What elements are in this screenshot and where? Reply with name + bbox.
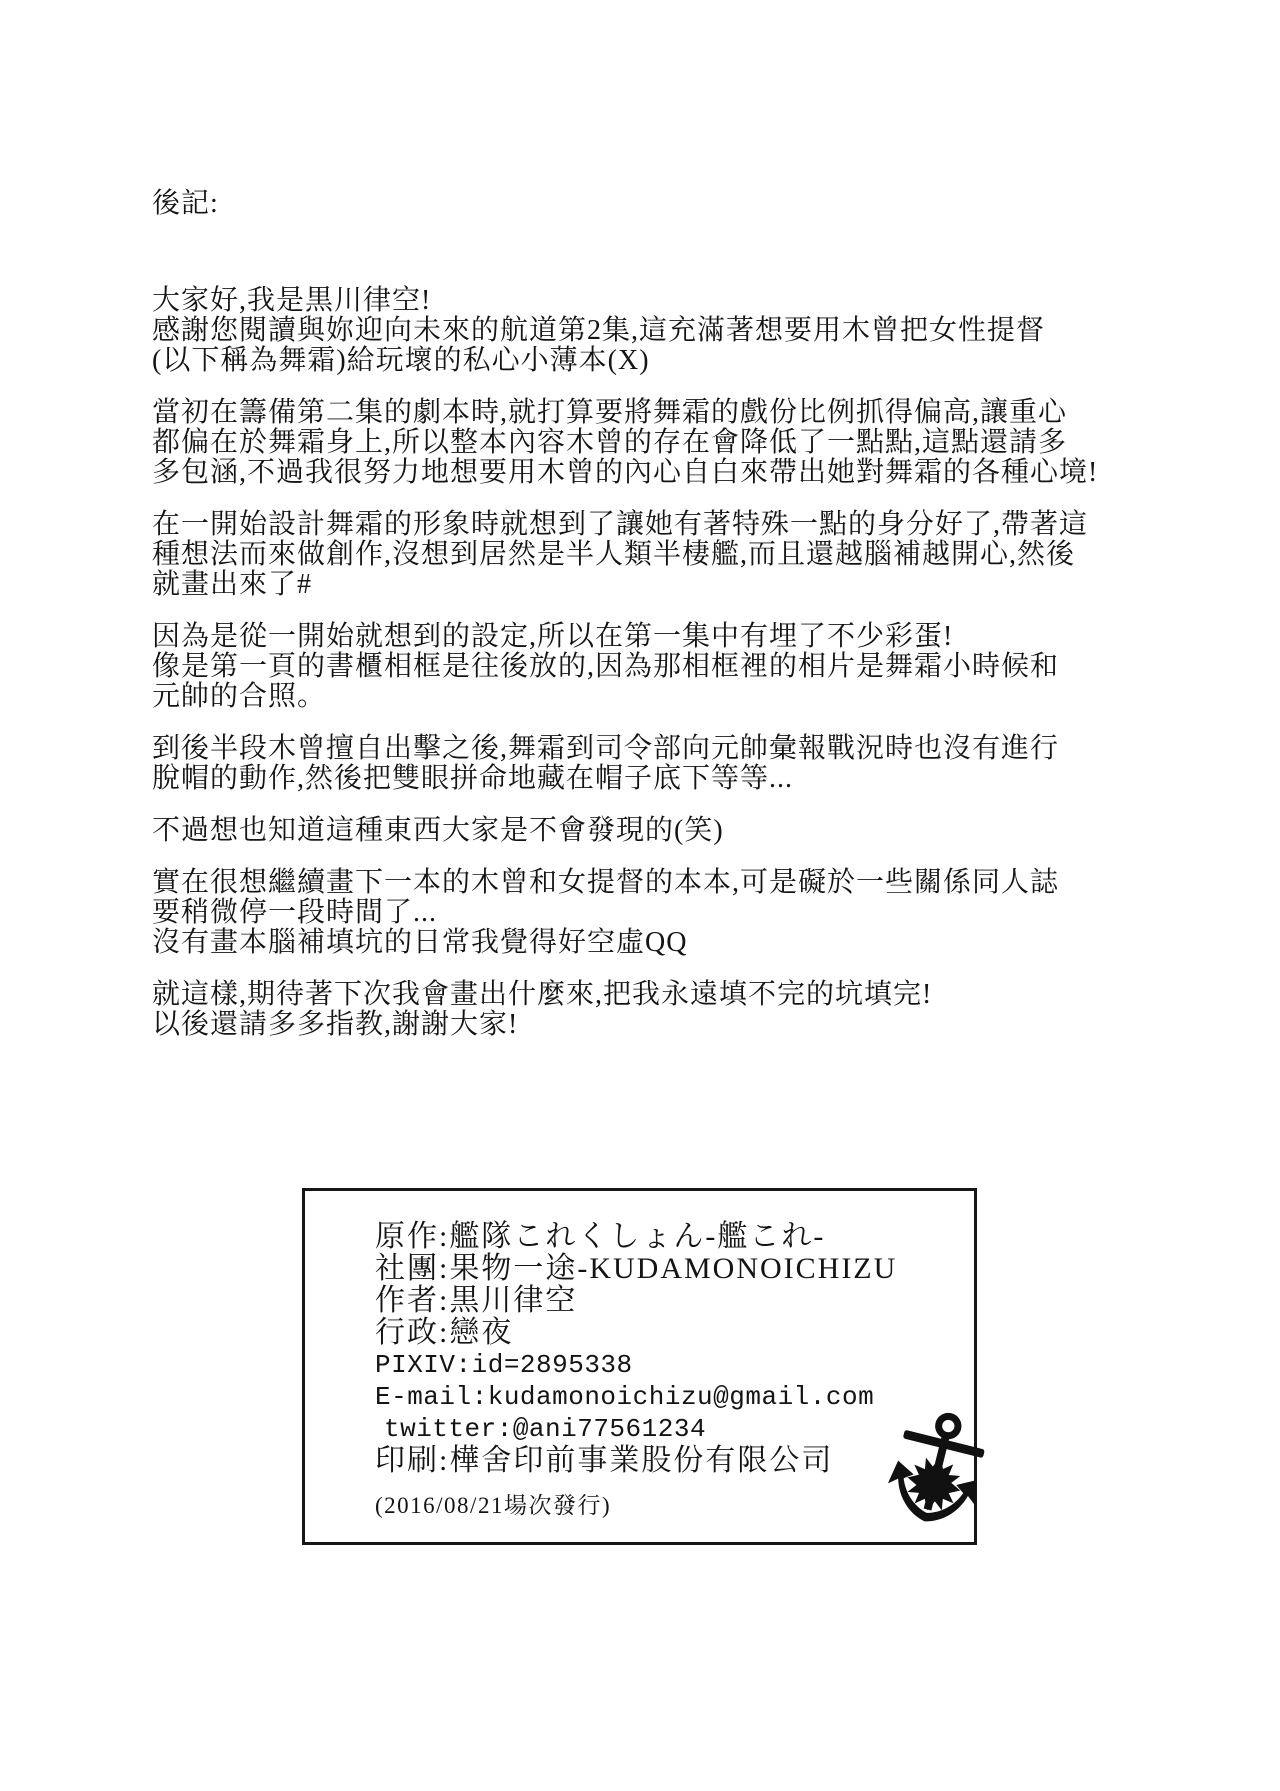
- afterword-line: 脫帽的動作,然後把雙眼拼命地藏在帽子底下等等...: [152, 764, 1052, 794]
- afterword-line: 就這樣,期待著下次我會畫出什麼來,把我永遠填不完的坑填完!: [152, 980, 1052, 1010]
- colophon-author: 作者:黒川律空: [375, 1285, 974, 1317]
- colophon-box: 原作:艦隊これくしょん-艦これ- 社團:果物一途-KUDAMONOICHIZU …: [302, 1188, 977, 1545]
- afterword-paragraph-4: 因為是從一開始就想到的設定,所以在第一集中有埋了不少彩蛋! 像是第一頁的書櫃相框…: [152, 622, 1052, 712]
- afterword-paragraph-6: 不過想也知道這種東西大家是不會發現的(笑): [152, 816, 1052, 846]
- colophon-circle: 社團:果物一途-KUDAMONOICHIZU: [375, 1253, 974, 1285]
- afterword-line: 元帥的合照。: [152, 682, 1052, 712]
- afterword-line: 當初在籌備第二集的劇本時,就打算要將舞霜的戲份比例抓得偏高,讓重心: [152, 398, 1052, 428]
- afterword-line: 不過想也知道這種東西大家是不會發現的(笑): [152, 816, 1052, 846]
- afterword-line: 實在很想繼續畫下一本的木曾和女提督的本本,可是礙於一些關係同人誌: [152, 868, 1052, 898]
- afterword-line: 像是第一頁的書櫃相框是往後放的,因為那相框裡的相片是舞霜小時候和: [152, 652, 1052, 682]
- colophon-pixiv-id: PIXIV:id=2895338: [375, 1349, 974, 1381]
- afterword-paragraph-5: 到後半段木曾擅自出擊之後,舞霜到司令部向元帥彙報戰況時也沒有進行 脫帽的動作,然…: [152, 734, 1052, 794]
- afterword-heading: 後記:: [152, 189, 1052, 219]
- afterword-line: 感謝您閱讀與妳迎向未來的航道第2集,這充滿著想要用木曾把女性提督: [152, 316, 1052, 346]
- afterword-line: (以下稱為舞霜)給玩壞的私心小薄本(X): [152, 346, 1052, 376]
- afterword-paragraph-1: 大家好,我是黒川律空! 感謝您閱讀與妳迎向未來的航道第2集,這充滿著想要用木曾把…: [152, 286, 1052, 376]
- colophon-printer: 印刷:樺舍印前事業股份有限公司: [375, 1445, 974, 1477]
- afterword-paragraph-7: 實在很想繼續畫下一本的木曾和女提督的本本,可是礙於一些關係同人誌 要稍微停一段時…: [152, 868, 1052, 958]
- afterword-line: 就畫出來了#: [152, 570, 1052, 600]
- afterword-line: 要稍微停一段時間了...: [152, 898, 1052, 928]
- afterword-paragraph-8: 就這樣,期待著下次我會畫出什麼來,把我永遠填不完的坑填完! 以後還請多多指教,謝…: [152, 980, 1052, 1040]
- afterword-text: 後記: 大家好,我是黒川律空! 感謝您閱讀與妳迎向未來的航道第2集,這充滿著想要…: [152, 189, 1052, 1062]
- colophon-twitter: twitter:@ani77561234: [375, 1413, 974, 1445]
- afterword-line: 多包涵,不過我很努力地想要用木曾的內心自白來帶出她對舞霜的各種心境!: [152, 458, 1052, 488]
- afterword-page: 後記: 大家好,我是黒川律空! 感謝您閱讀與妳迎向未來的航道第2集,這充滿著想要…: [0, 0, 1280, 1791]
- colophon-email: E-mail:kudamonoichizu@gmail.com: [375, 1381, 974, 1413]
- anchor-icon: [886, 1404, 986, 1546]
- afterword-line: 因為是從一開始就想到的設定,所以在第一集中有埋了不少彩蛋!: [152, 622, 1052, 652]
- afterword-line: 以後還請多多指教,謝謝大家!: [152, 1010, 1052, 1040]
- afterword-line: 都偏在於舞霜身上,所以整本內容木曾的存在會降低了一點點,這點還請多: [152, 428, 1052, 458]
- afterword-line: 沒有畫本腦補填坑的日常我覺得好空虛QQ: [152, 928, 1052, 958]
- afterword-line: 在一開始設計舞霜的形象時就想到了讓她有著特殊一點的身分好了,帶著這: [152, 510, 1052, 540]
- colophon-release-date: (2016/08/21場次發行): [375, 1493, 974, 1519]
- afterword-paragraph-3: 在一開始設計舞霜的形象時就想到了讓她有著特殊一點的身分好了,帶著這 種想法而來做…: [152, 510, 1052, 600]
- afterword-line: 到後半段木曾擅自出擊之後,舞霜到司令部向元帥彙報戰況時也沒有進行: [152, 734, 1052, 764]
- colophon-admin: 行政:戀夜: [375, 1317, 974, 1349]
- afterword-line: 種想法而來做創作,沒想到居然是半人類半棲艦,而且還越腦補越開心,然後: [152, 540, 1052, 570]
- colophon-original-work: 原作:艦隊これくしょん-艦これ-: [375, 1221, 974, 1253]
- afterword-paragraph-2: 當初在籌備第二集的劇本時,就打算要將舞霜的戲份比例抓得偏高,讓重心 都偏在於舞霜…: [152, 398, 1052, 488]
- afterword-line: 大家好,我是黒川律空!: [152, 286, 1052, 316]
